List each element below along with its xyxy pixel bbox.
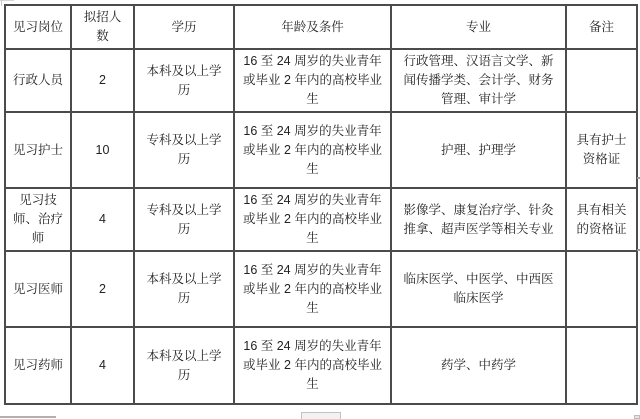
cell-age-conditions: 16 至 24 周岁的失业青年或毕业 2 年内的高校毕业生 (234, 188, 391, 251)
cell-note (566, 49, 637, 112)
cell-note: 具有相关的资格证 (566, 188, 637, 251)
table-row: 行政人员 2 本科及以上学历 16 至 24 周岁的失业青年或毕业 2 年内的高… (5, 49, 637, 112)
cell-major: 护理、护理学 (391, 112, 566, 188)
cell-position: 见习医师 (5, 251, 71, 327)
cell-major: 临床医学、中医学、中西医临床医学 (391, 251, 566, 327)
cell-age-conditions: 16 至 24 周岁的失业青年或毕业 2 年内的高校毕业生 (234, 49, 391, 112)
table-row: 见习护士 10 专科及以上学历 16 至 24 周岁的失业青年或毕业 2 年内的… (5, 112, 637, 188)
cropped-border-fragment (0, 416, 56, 418)
table-header-row: 见习岗位 拟招人数 学历 年龄及条件 专业 备注 (5, 5, 637, 49)
cell-education: 本科及以上学历 (134, 327, 234, 404)
header-headcount: 拟招人数 (71, 5, 134, 49)
cell-position: 见习技师、治疗师 (5, 188, 71, 251)
recruitment-table: 见习岗位 拟招人数 学历 年龄及条件 专业 备注 行政人员 2 本科及以上学历 … (4, 4, 638, 405)
header-education: 学历 (134, 5, 234, 49)
cell-headcount: 4 (71, 188, 134, 251)
cell-position: 见习护士 (5, 112, 71, 188)
cell-headcount: 4 (71, 327, 134, 404)
header-position: 见习岗位 (5, 5, 71, 49)
cell-position: 行政人员 (5, 49, 71, 112)
header-note: 备注 (566, 5, 637, 49)
table-row: 见习药师 4 本科及以上学历 16 至 24 周岁的失业青年或毕业 2 年内的高… (5, 327, 637, 404)
cropped-border-fragment (0, 0, 14, 1)
cell-note (566, 251, 637, 327)
cell-position: 见习药师 (5, 327, 71, 404)
cropped-element-fragment (301, 412, 341, 419)
cell-education: 专科及以上学历 (134, 188, 234, 251)
cell-headcount: 2 (71, 49, 134, 112)
header-major: 专业 (391, 5, 566, 49)
cell-major: 药学、中药学 (391, 327, 566, 404)
cell-headcount: 2 (71, 251, 134, 327)
cell-note: 具有护士资格证 (566, 112, 637, 188)
cell-education: 本科及以上学历 (134, 49, 234, 112)
cell-major: 行政管理、汉语言文学、新闻传播学类、会计学、财务管理、审计学 (391, 49, 566, 112)
cell-note (566, 327, 637, 404)
cell-major: 影像学、康复治疗学、针灸推拿、超声医学等相关专业 (391, 188, 566, 251)
cell-age-conditions: 16 至 24 周岁的失业青年或毕业 2 年内的高校毕业生 (234, 112, 391, 188)
table-row: 见习医师 2 本科及以上学历 16 至 24 周岁的失业青年或毕业 2 年内的高… (5, 251, 637, 327)
cropped-border-fragment (1, 0, 2, 6)
table-row: 见习技师、治疗师 4 专科及以上学历 16 至 24 周岁的失业青年或毕业 2 … (5, 188, 637, 251)
cropped-element-fragment (634, 415, 640, 419)
document-page: 见习岗位 拟招人数 学历 年龄及条件 专业 备注 行政人员 2 本科及以上学历 … (0, 0, 640, 419)
header-age-conditions: 年龄及条件 (234, 5, 391, 49)
cell-headcount: 10 (71, 112, 134, 188)
cell-education: 专科及以上学历 (134, 112, 234, 188)
cell-education: 本科及以上学历 (134, 251, 234, 327)
cell-age-conditions: 16 至 24 周岁的失业青年或毕业 2 年内的高校毕业生 (234, 251, 391, 327)
cell-age-conditions: 16 至 24 周岁的失业青年或毕业 2 年内的高校毕业生 (234, 327, 391, 404)
